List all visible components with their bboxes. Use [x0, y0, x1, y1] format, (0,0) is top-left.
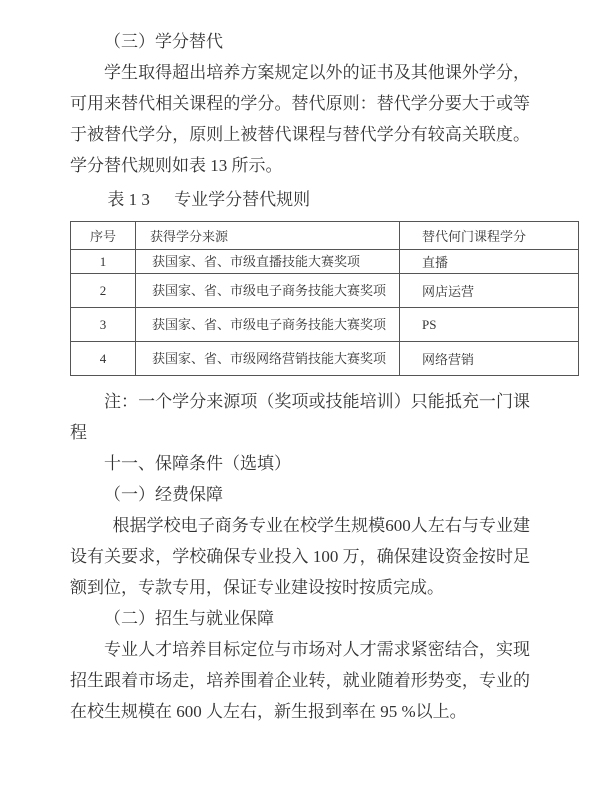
table-caption-title: 专业学分替代规则: [174, 190, 310, 209]
cell-course: PS: [400, 308, 579, 342]
col-header-source: 获得学分来源: [136, 222, 400, 250]
credit-substitution-table: 序号 获得学分来源 替代何门课程学分 1 获国家、省、市级直播技能大赛奖项 直播…: [70, 221, 579, 376]
cell-course: 网店运营: [400, 274, 579, 308]
table-row: 2 获国家、省、市级电子商务技能大赛奖项 网店运营: [71, 274, 579, 308]
table-header-row: 序号 获得学分来源 替代何门课程学分: [71, 222, 579, 250]
cell-index: 3: [71, 308, 136, 342]
table-row: 4 获国家、省、市级网络营销技能大赛奖项 网络营销: [71, 342, 579, 376]
paragraph-credit-substitution: 学生取得超出培养方案规定以外的证书及其他课外学分，可用来替代相关课程的学分。替代…: [70, 57, 530, 181]
cell-source: 获国家、省、市级电子商务技能大赛奖项: [136, 308, 400, 342]
paragraph-enrollment-employment: 专业人才培养目标定位与市场对人才需求紧密结合，实现招生跟着市场走，培养围着企业转…: [70, 634, 530, 727]
section-heading-credit-substitution: （三）学分替代: [70, 26, 530, 57]
table-caption: 表 1 3 专业学分替代规则: [70, 184, 530, 215]
table-caption-label: 表 1 3: [107, 190, 150, 209]
cell-course: 网络营销: [400, 342, 579, 376]
section-heading-guarantee-conditions: 十一、保障条件（选填）: [70, 448, 530, 479]
col-header-course: 替代何门课程学分: [400, 222, 579, 250]
cell-source: 获国家、省、市级电子商务技能大赛奖项: [136, 274, 400, 308]
col-header-index: 序号: [71, 222, 136, 250]
subsection-heading-enrollment-employment-guarantee: （二）招生与就业保障: [70, 603, 530, 634]
cell-source: 获国家、省、市级网络营销技能大赛奖项: [136, 342, 400, 376]
cell-source: 获国家、省、市级直播技能大赛奖项: [136, 250, 400, 274]
table-note: 注：一个学分来源项（奖项或技能培训）只能抵充一门课程: [70, 386, 530, 448]
paragraph-funding-guarantee: 根据学校电子商务专业在校学生规模600人左右与专业建设有关要求，学校确保专业投入…: [70, 510, 530, 603]
document-page: （三）学分替代 学生取得超出培养方案规定以外的证书及其他课外学分，可用来替代相关…: [0, 0, 600, 800]
cell-index: 4: [71, 342, 136, 376]
table-row: 3 获国家、省、市级电子商务技能大赛奖项 PS: [71, 308, 579, 342]
cell-index: 1: [71, 250, 136, 274]
cell-course: 直播: [400, 250, 579, 274]
cell-index: 2: [71, 274, 136, 308]
table-row: 1 获国家、省、市级直播技能大赛奖项 直播: [71, 250, 579, 274]
subsection-heading-funding-guarantee: （一）经费保障: [70, 479, 530, 510]
